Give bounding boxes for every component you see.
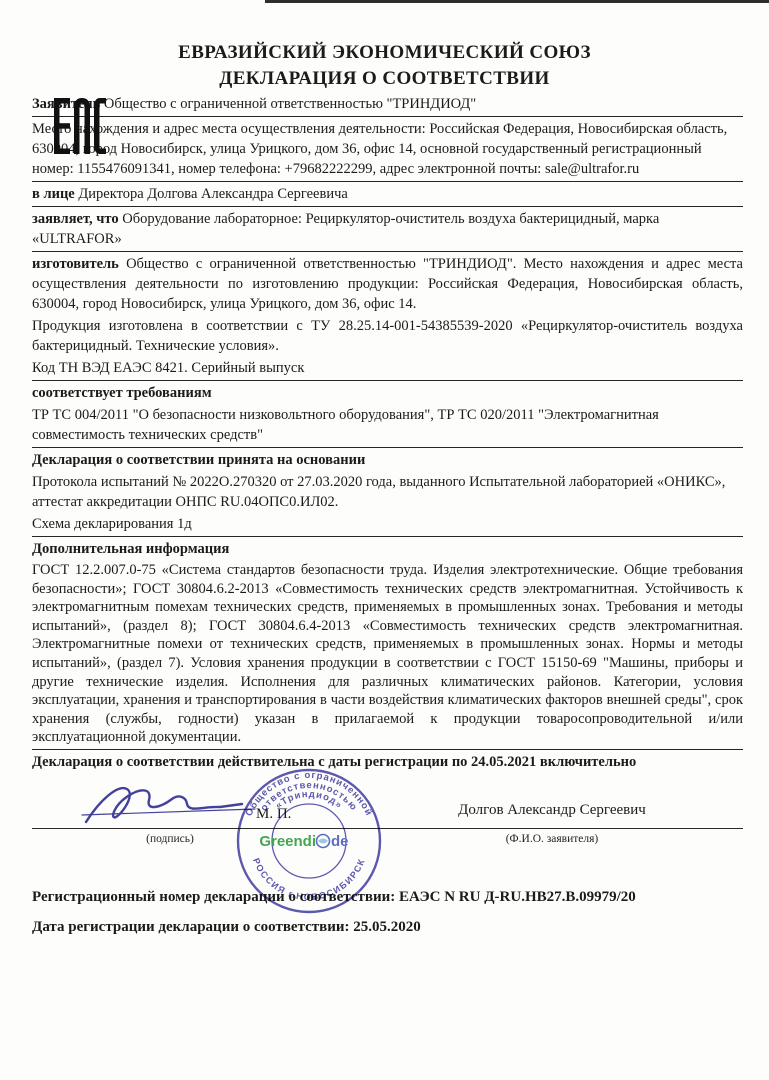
stamp-logo-globe-icon [317,834,330,847]
registration-number-line: Регистрационный номер декларации о соотв… [32,887,743,908]
person-label: в лице [32,186,75,202]
manufacturer-text: Общество с ограниченной ответственностью… [32,256,743,312]
eac-mark-icon [54,98,106,154]
applicant-line: Заявитель Общество с ограниченной ответс… [32,94,743,114]
signer-name: Долгов Александр Сергеевич [412,802,692,819]
document-header: ЕВРАЗИЙСКИЙ ЭКОНОМИЧЕСКИЙ СОЮЗ ДЕКЛАРАЦИ… [0,0,769,92]
basis-heading: Декларация о соответствии принята на осн… [32,450,743,470]
basis-text: Протокола испытаний № 2022О.270320 от 27… [32,472,743,512]
declaration-document: ЕВРАЗИЙСКИЙ ЭКОНОМИЧЕСКИЙ СОЮЗ ДЕКЛАРАЦИ… [0,0,769,1080]
union-title: ЕВРАЗИЙСКИЙ ЭКОНОМИЧЕСКИЙ СОЮЗ [0,40,769,66]
divider [32,251,743,252]
product-made-paragraph: Продукция изготовлена в соответствии с Т… [32,316,743,356]
signature-rule [32,828,743,829]
divider [32,181,743,182]
divider [32,447,743,448]
declares-line: заявляет, что Оборудование лабораторное:… [32,209,743,249]
declares-text: Оборудование лабораторное: Рециркулятор-… [32,211,659,247]
divider [32,536,743,537]
stamp-logo-green: Greendi [259,833,316,850]
divider [32,206,743,207]
complies-text: ТР ТС 004/2011 "О безопасности низковоль… [32,405,743,445]
document-body: Заявитель Общество с ограниченной ответс… [0,94,769,938]
address-paragraph: Место нахождения и адрес места осуществл… [32,119,743,179]
document-title: ДЕКЛАРАЦИЯ О СООТВЕТСТВИИ [0,66,769,92]
additional-heading: Дополнительная информация [32,539,743,559]
manufacturer-label: изготовитель [32,256,119,272]
registration-date-line: Дата регистрации декларации о соответств… [32,917,743,938]
signature-area: (подпись) М. П. Долгов Александр Сергеев… [32,776,743,878]
scan-artifact-line [265,0,769,3]
handwritten-signature [80,780,260,830]
person-text: Директора Долгова Александра Сергеевича [78,186,347,202]
divider [32,116,743,117]
registration-date-value: 25.05.2020 [353,919,421,935]
divider [32,380,743,381]
applicant-text: Общество с ограниченной ответственностью… [104,96,476,112]
signer-caption: (Ф.И.О. заявителя) [412,833,692,845]
person-line: в лице Директора Долгова Александра Серг… [32,184,743,204]
tnved-line: Код ТН ВЭД ЕАЭС 8421. Серийный выпуск [32,358,743,378]
complies-heading: соответствует требованиям [32,383,743,403]
scheme-line: Схема декларирования 1д [32,514,743,534]
registration-number-value: ЕАЭС N RU Д-RU.НВ27.В.09979/20 [399,889,636,905]
divider [32,749,743,750]
stamp-logo-blue: de [331,833,349,850]
signature-caption: (подпись) [110,833,230,845]
declares-label: заявляет, что [32,211,119,227]
registration-number-label: Регистрационный номер декларации о соотв… [32,889,395,905]
additional-text: ГОСТ 12.2.007.0-75 «Система стандартов б… [32,561,743,747]
validity-line: Декларация о соответствии действительна … [32,752,743,772]
registration-date-label: Дата регистрации декларации о соответств… [32,919,350,935]
manufacturer-paragraph: изготовитель Общество с ограниченной отв… [32,254,743,314]
stamp-place-label: М. П. [256,806,291,823]
